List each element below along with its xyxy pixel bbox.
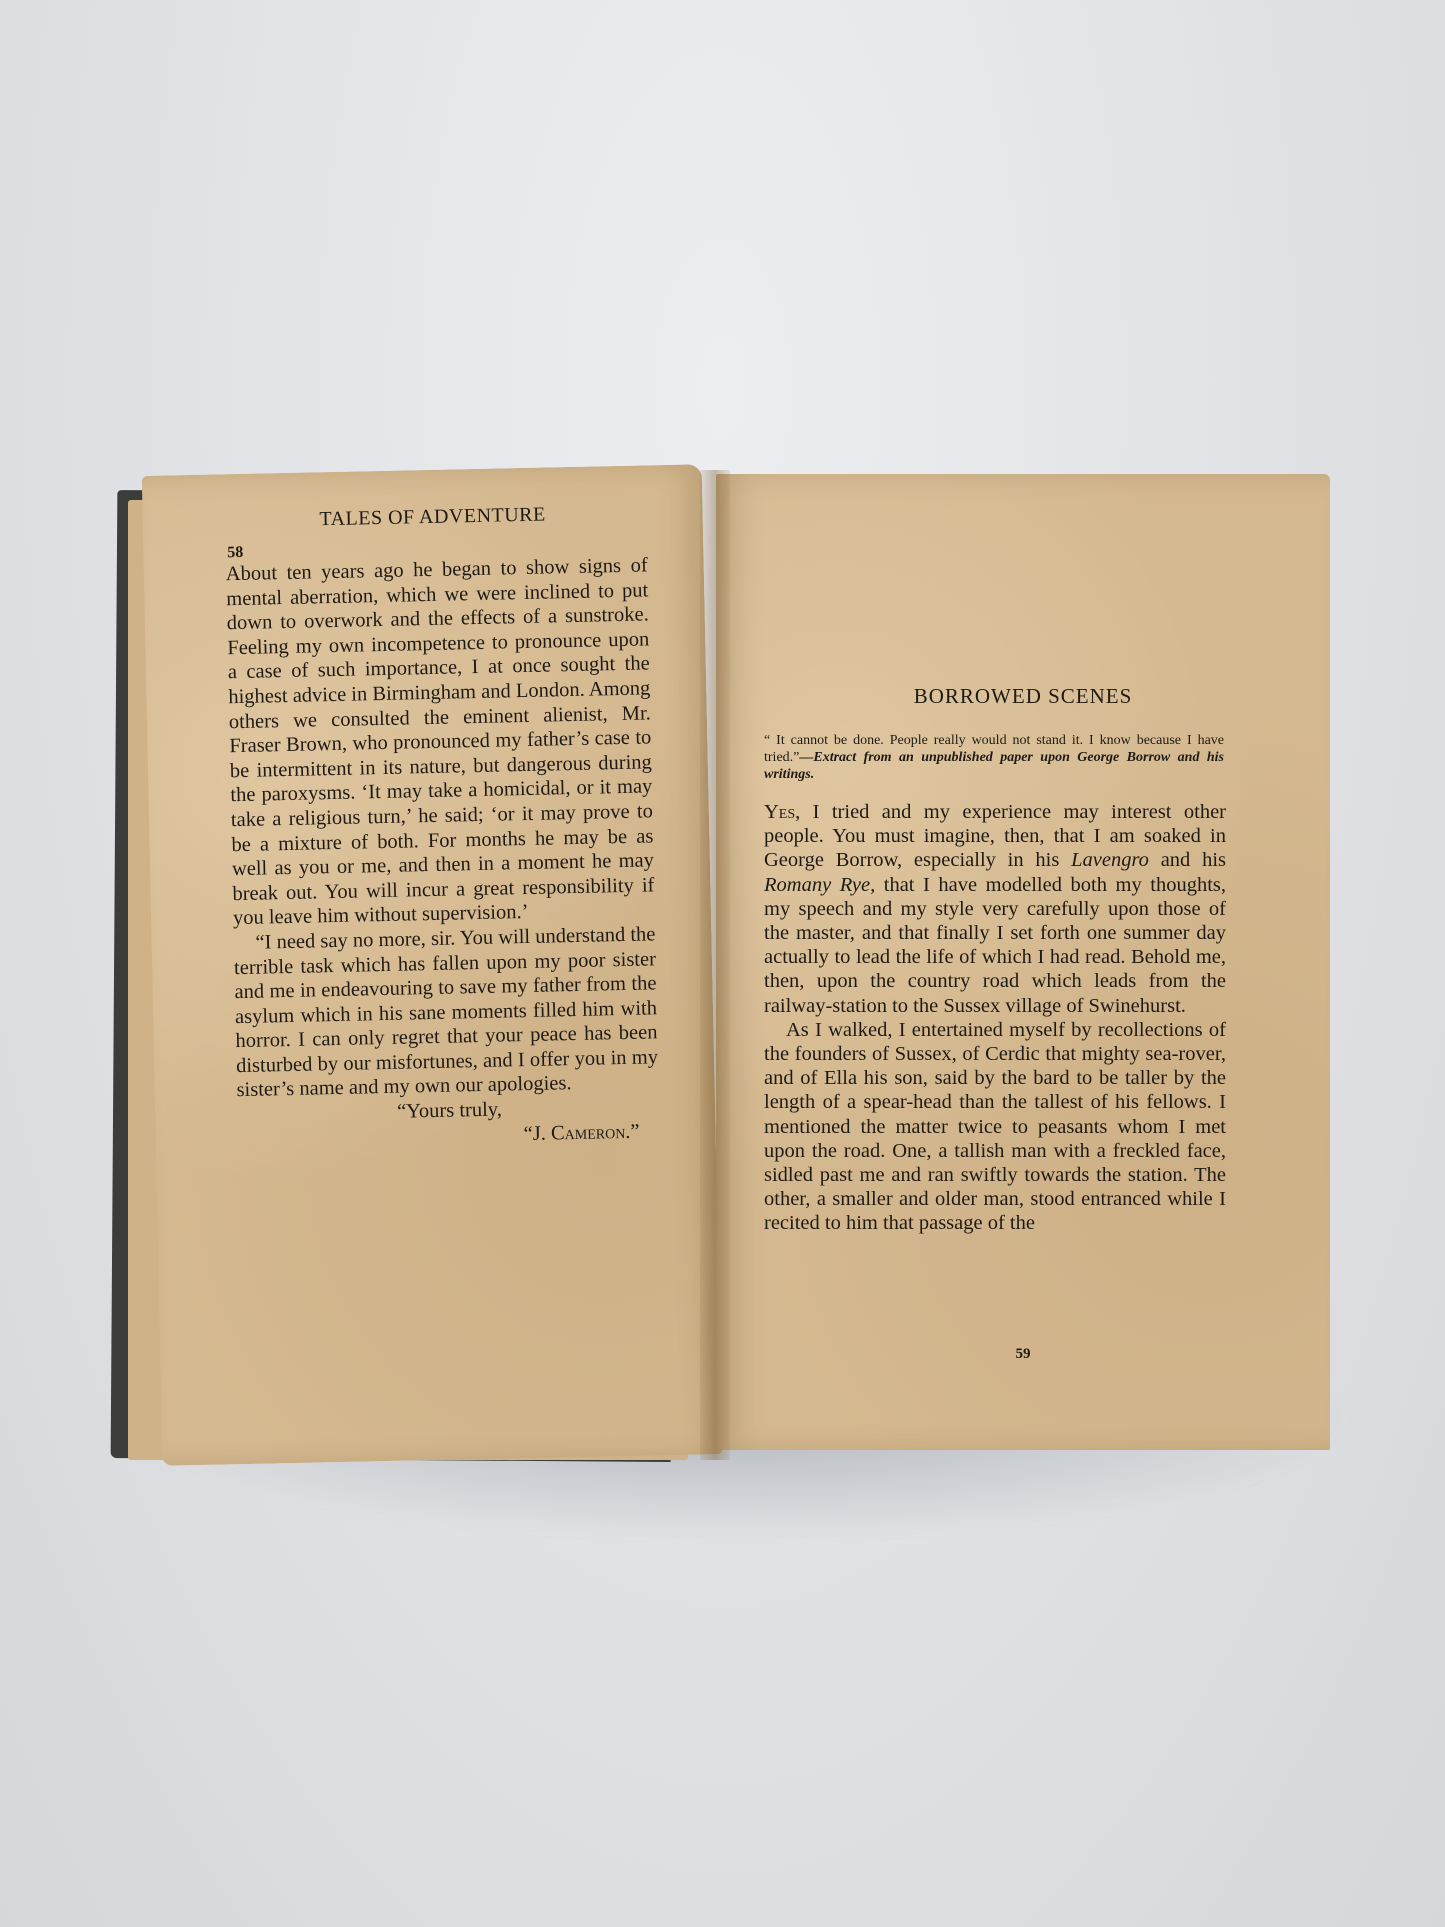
- paragraph: Yes, I tried and my experience may inter…: [764, 800, 1226, 1018]
- paragraph: “I need say no more, sir. You will under…: [233, 922, 659, 1103]
- paragraph: As I walked, I entertained myself by rec…: [764, 1018, 1226, 1236]
- chapter-title: BORROWED SCENES: [716, 684, 1330, 709]
- left-page-body: About ten years ago he began to show sig…: [226, 553, 660, 1152]
- left-page: 58 TALES OF ADVENTURE About ten years ag…: [142, 464, 723, 1466]
- text-run: and his: [1149, 849, 1226, 871]
- running-head: TALES OF ADVENTURE: [232, 502, 632, 533]
- page-number-left: 58: [227, 544, 243, 562]
- right-page-body: Yes, I tried and my experience may inter…: [764, 800, 1226, 1236]
- page-number-right: 59: [716, 1346, 1330, 1363]
- book-title: Romany Rye,: [764, 874, 875, 896]
- lead-word: Yes,: [764, 801, 800, 823]
- book-gutter: [700, 470, 730, 1460]
- epigraph-attribution: —Extract from an unpublished paper upon …: [764, 750, 1224, 782]
- epigraph: “ It cannot be done. People really would…: [764, 732, 1224, 783]
- book-title: Lavengro: [1071, 849, 1149, 871]
- right-page: BORROWED SCENES “ It cannot be done. Peo…: [716, 474, 1330, 1450]
- paragraph: About ten years ago he began to show sig…: [226, 553, 656, 931]
